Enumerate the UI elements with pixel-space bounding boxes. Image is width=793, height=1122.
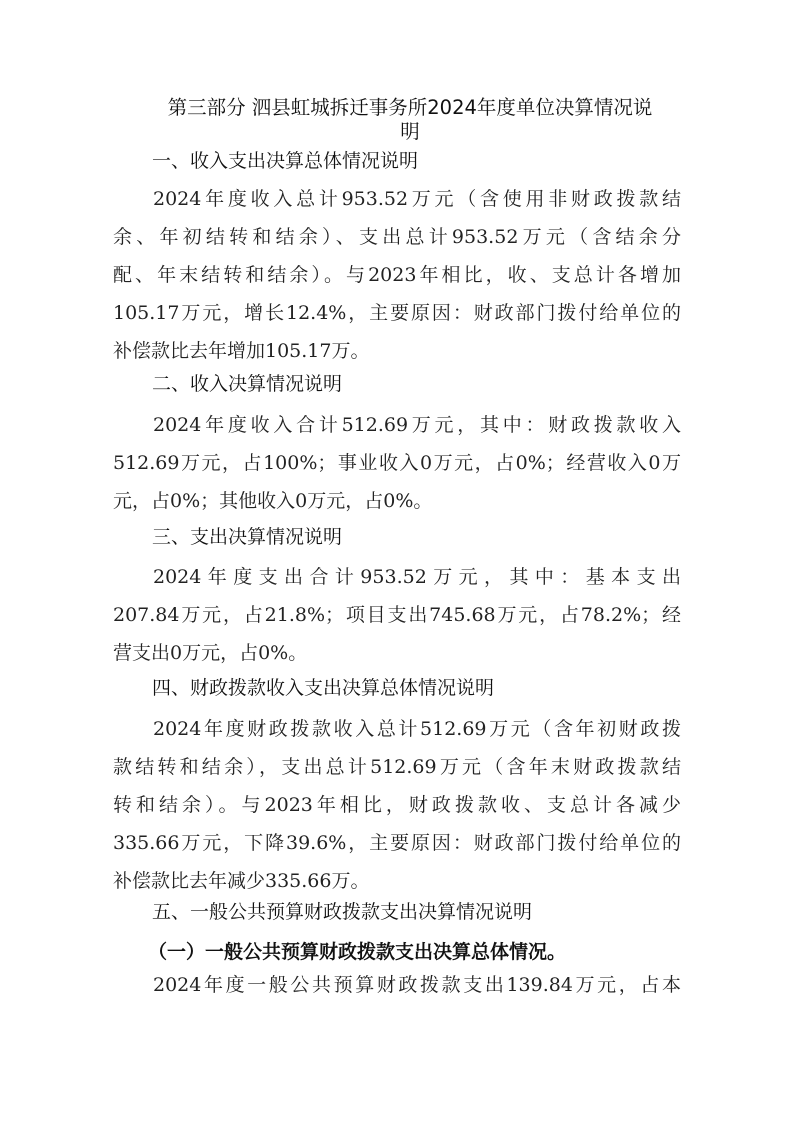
section-4-heading: 四、财政拨款收入支出决算总体情况说明 [152, 675, 494, 701]
document-title: 第三部分 泗县虹城拆迁事务所2024年度单位决算情况说 明 [140, 96, 680, 144]
section-3-heading: 三、支出决算情况说明 [152, 524, 342, 550]
section-2-heading: 二、收入决算情况说明 [152, 371, 342, 397]
title-line-2: 明 [140, 120, 680, 144]
paragraph-line: 207.84万元，占21.8%；项目支出745.68万元，占78.2%；经 [113, 596, 681, 634]
paragraph-line: 2024年度收入合计512.69万元，其中：财政拨款收入 [113, 406, 681, 444]
section-5-subheading: （一）一般公共预算财政拨款支出决算总体情况。 [148, 939, 566, 965]
paragraph-line: 元，占0%；其他收入0万元，占0%。 [113, 482, 681, 520]
paragraph-line: 105.17万元，增长12.4%，主要原因：财政部门拨付给单位的 [113, 294, 681, 332]
section-5-heading: 五、一般公共预算财政拨款支出决算情况说明 [152, 899, 532, 925]
section-1-heading: 一、收入支出决算总体情况说明 [152, 148, 418, 174]
paragraph-line: 款结转和结余），支出总计512.69万元（含年末财政拨款结 [113, 748, 681, 786]
paragraph-line: 余、年初结转和结余）、支出总计953.52万元（含结余分 [113, 218, 681, 256]
section-5-body: 2024年度一般公共预算财政拨款支出139.84万元，占本 [113, 966, 681, 1004]
paragraph-line: 转和结余）。与2023年相比，财政拨款收、支总计各减少 [113, 786, 681, 824]
paragraph-line: 营支出0万元，占0%。 [113, 634, 681, 672]
paragraph-line: 2024年度一般公共预算财政拨款支出139.84万元，占本 [113, 966, 681, 1004]
section-4-body: 2024年度财政拨款收入总计512.69万元（含年初财政拨 款结转和结余），支出… [113, 710, 681, 900]
paragraph-line: 补偿款比去年增加105.17万。 [113, 332, 681, 370]
section-3-body: 2024年度支出合计953.52万元，其中：基本支出 207.84万元，占21.… [113, 558, 681, 672]
title-line-1: 第三部分 泗县虹城拆迁事务所2024年度单位决算情况说 [140, 96, 680, 120]
paragraph-line: 512.69万元，占100%；事业收入0万元，占0%；经营收入0万 [113, 444, 681, 482]
section-1-body: 2024年度收入总计953.52万元（含使用非财政拨款结 余、年初结转和结余）、… [113, 180, 681, 370]
document-page: 第三部分 泗县虹城拆迁事务所2024年度单位决算情况说 明 一、收入支出决算总体… [0, 0, 793, 1122]
paragraph-line: 335.66万元，下降39.6%，主要原因：财政部门拨付给单位的 [113, 824, 681, 862]
paragraph-line: 2024年度支出合计953.52万元，其中：基本支出 [113, 558, 681, 596]
paragraph-line: 补偿款比去年减少335.66万。 [113, 862, 681, 900]
paragraph-line: 配、年末结转和结余）。与2023年相比，收、支总计各增加 [113, 256, 681, 294]
section-2-body: 2024年度收入合计512.69万元，其中：财政拨款收入 512.69万元，占1… [113, 406, 681, 520]
paragraph-line: 2024年度收入总计953.52万元（含使用非财政拨款结 [113, 180, 681, 218]
paragraph-line: 2024年度财政拨款收入总计512.69万元（含年初财政拨 [113, 710, 681, 748]
